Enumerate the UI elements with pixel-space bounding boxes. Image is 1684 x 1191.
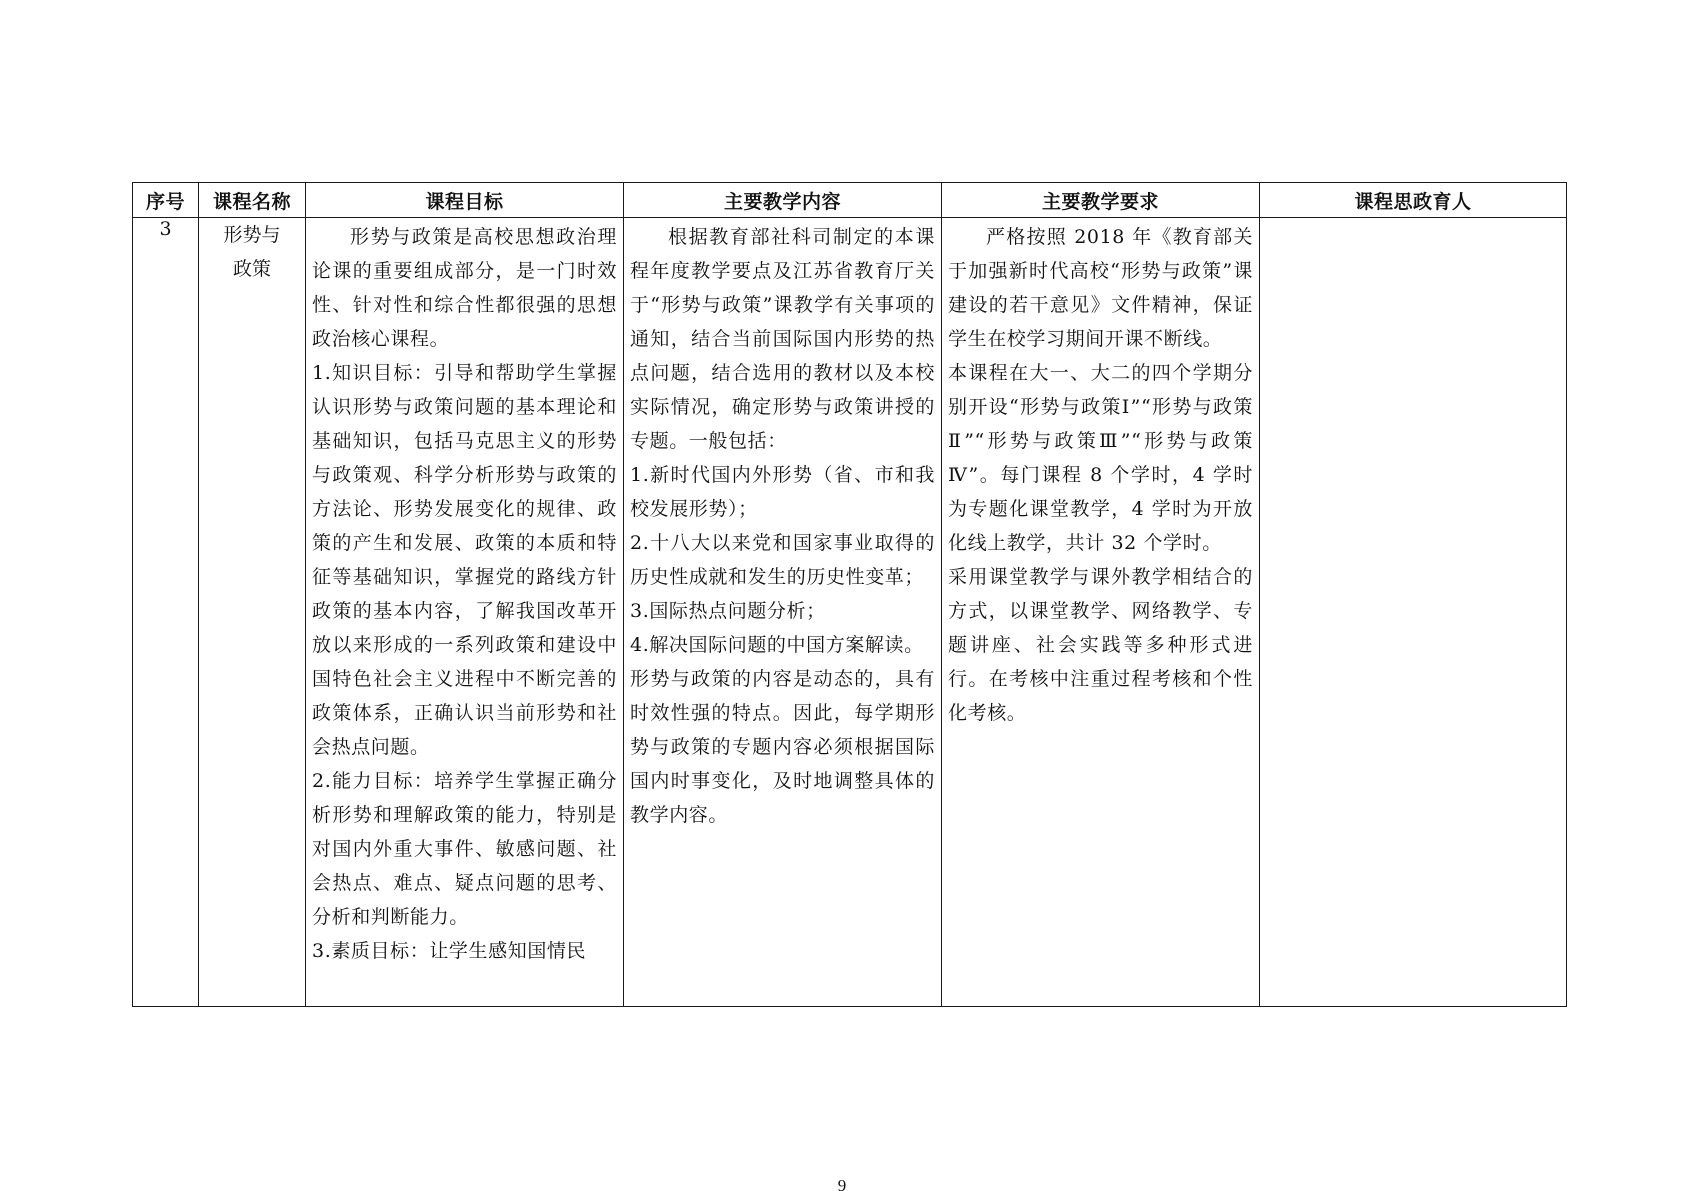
requirements-schedule: 本课程在大一、大二的四个学期分别开设“形势与政策Ⅰ”“形势与政策Ⅱ”“形势与政策… — [948, 356, 1253, 560]
row-index: 3 — [159, 218, 171, 240]
content-note: 形势与政策的内容是动态的，具有时效性强的特点。因此，每学期形势与政策的专题内容必… — [630, 662, 935, 832]
content-intro: 根据教育部社科司制定的本课程年度教学要点及江苏省教育厅关于“形势与政策”课教学有… — [630, 220, 935, 458]
objectives-knowledge: 1.知识目标：引导和帮助学生掌握认识形势与政策问题的基本理论和基础知识，包括马克… — [312, 356, 617, 764]
content-item-3: 3.国际热点问题分析； — [630, 594, 935, 628]
requirements-method: 采用课堂教学与课外教学相结合的方式，以课堂教学、网络教学、专题讲座、社会实践等多… — [948, 560, 1253, 730]
table-row: 3 形势与 政策 形势与政策是高校思想政治理论课的重要组成部分，是一门时效性、针… — [133, 218, 1567, 1007]
table-header-row: 序号 课程名称 课程目标 主要教学内容 主要教学要求 课程思政育人 — [133, 183, 1567, 218]
cell-content: 根据教育部社科司制定的本课程年度教学要点及江苏省教育厅关于“形势与政策”课教学有… — [624, 218, 942, 1007]
header-content: 主要教学内容 — [624, 183, 942, 218]
course-name-line1: 形势与 — [199, 218, 305, 252]
page-number: 9 — [0, 1176, 1684, 1191]
header-index: 序号 — [133, 183, 199, 218]
cell-course-name: 形势与 政策 — [199, 218, 306, 1007]
header-objectives: 课程目标 — [306, 183, 624, 218]
cell-ideology — [1260, 218, 1567, 1007]
header-requirements: 主要教学要求 — [942, 183, 1260, 218]
ideology-text — [1260, 218, 1566, 220]
course-name-line2: 政策 — [199, 252, 305, 286]
cell-requirements: 严格按照 2018 年《教育部关于加强新时代高校“形势与政策”课建设的若干意见》… — [942, 218, 1260, 1007]
objectives-quality: 3.素质目标：让学生感知国情民 — [312, 934, 617, 968]
header-course-name: 课程名称 — [199, 183, 306, 218]
content-item-2: 2.十八大以来党和国家事业取得的历史性成就和发生的历史性变革； — [630, 526, 935, 594]
cell-index: 3 — [133, 218, 199, 1007]
content-item-4: 4.解决国际问题的中国方案解读。 — [630, 628, 935, 662]
course-table: 序号 课程名称 课程目标 主要教学内容 主要教学要求 课程思政育人 3 形势与 … — [132, 182, 1567, 1007]
objectives-intro: 形势与政策是高校思想政治理论课的重要组成部分，是一门时效性、针对性和综合性都很强… — [312, 220, 617, 356]
document-page: 序号 课程名称 课程目标 主要教学内容 主要教学要求 课程思政育人 3 形势与 … — [0, 0, 1684, 1191]
requirements-policy: 严格按照 2018 年《教育部关于加强新时代高校“形势与政策”课建设的若干意见》… — [948, 220, 1253, 356]
objectives-ability: 2.能力目标：培养学生掌握正确分析形势和理解政策的能力，特别是对国内外重大事件、… — [312, 764, 617, 934]
content-item-1: 1.新时代国内外形势（省、市和我校发展形势）； — [630, 458, 935, 526]
cell-objectives: 形势与政策是高校思想政治理论课的重要组成部分，是一门时效性、针对性和综合性都很强… — [306, 218, 624, 1007]
header-ideology: 课程思政育人 — [1260, 183, 1567, 218]
